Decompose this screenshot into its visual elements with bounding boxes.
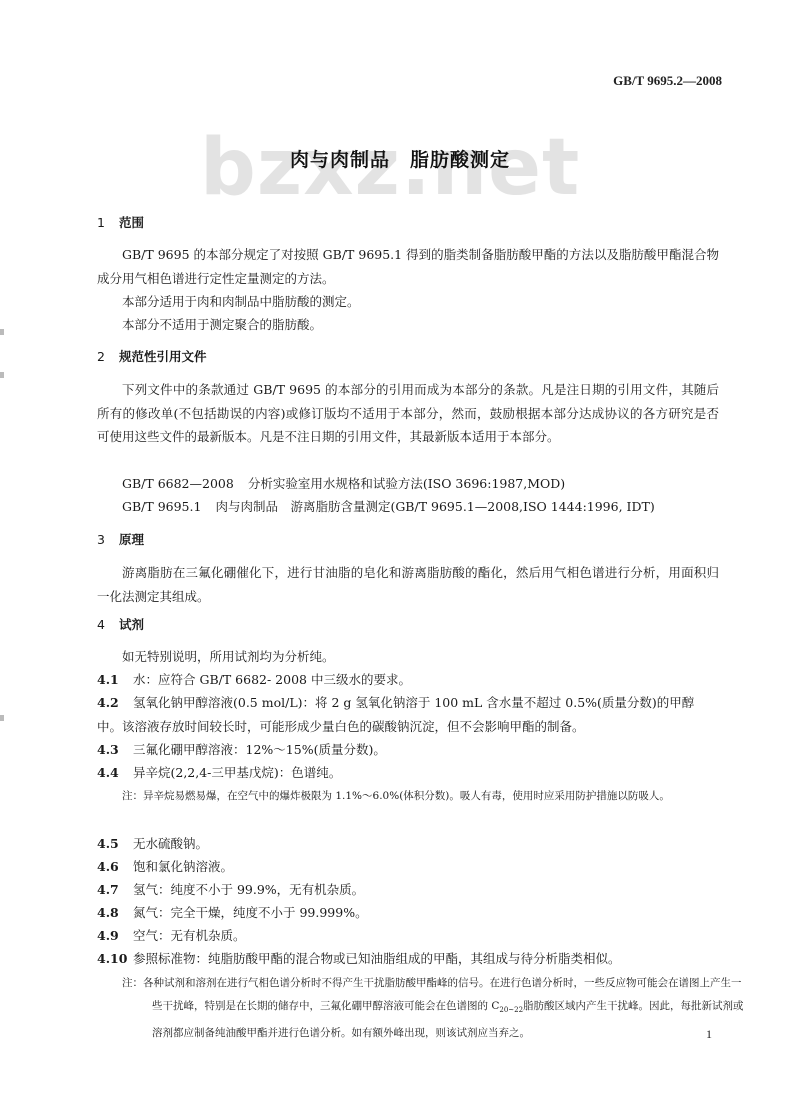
- scope-paragraph: 本部分适用于肉和肉制品中脂肪酸的测定。: [97, 290, 719, 314]
- reagent-item: 4.1水：应符合 GB/T 6682- 2008 中三级水的要求。: [97, 668, 719, 692]
- section-heading-normative-references: 2规范性引用文件: [97, 347, 207, 365]
- title-part-1: 肉与肉制品: [290, 149, 390, 171]
- scope-paragraph: GB/T 9695 的本部分规定了对按照 GB/T 9695.1 得到的脂类制备…: [97, 243, 719, 290]
- note-isooctane: 注：异辛烷易燃易爆，在空气中的爆炸极限为 1.1%～6.0%(体积分数)。吸人有…: [122, 785, 750, 808]
- reference-item: GB/T 6682—2008分析实验室用水规格和试验方法(ISO 3696:19…: [122, 472, 722, 496]
- reagent-item: 4.7氢气：纯度不小于 99.9%，无有机杂质。: [97, 878, 719, 902]
- scan-margin-mark: [0, 329, 4, 335]
- page-title: 肉与肉制品脂肪酸测定: [0, 145, 800, 172]
- scan-margin-mark: [0, 715, 4, 721]
- reagent-item: 4.9空气：无有机杂质。: [97, 924, 719, 948]
- section-heading-reagents: 4试剂: [97, 615, 144, 633]
- reagent-item: 4.3三氟化硼甲醇溶液：12%～15%(质量分数)。: [97, 738, 719, 762]
- principle-paragraph: 游离脂肪在三氟化硼催化下，进行甘油脂的皂化和游离脂肪酸的酯化，然后用气相色谱进行…: [97, 561, 719, 608]
- reagents-intro: 如无特别说明，所用试剂均为分析纯。: [97, 645, 719, 669]
- reagent-item: 4.4异辛烷(2,2,4-三甲基戊烷)：色谱纯。: [97, 761, 719, 785]
- page-number: 1: [706, 1027, 712, 1042]
- reference-item: GB/T 9695.1肉与肉制品 游离脂肪含量测定(GB/T 9695.1—20…: [122, 495, 722, 519]
- title-part-2: 脂肪酸测定: [410, 149, 510, 171]
- reagent-item: 4.8氮气：完全干燥，纯度不小于 99.999%。: [97, 901, 719, 925]
- standard-code: GB/T 9695.2—2008: [613, 73, 722, 89]
- section-heading-scope: 1范围: [97, 213, 144, 231]
- note-reagent-interference: 注：各种试剂和溶剂在进行气相色谱分析时不得产生干扰脂肪酸甲酯峰的信号。在进行色谱…: [122, 972, 750, 1045]
- reagent-item: 4.6饱和氯化钠溶液。: [97, 855, 719, 879]
- section-heading-principle: 3原理: [97, 530, 144, 548]
- reagent-item: 4.5无水硫酸钠。: [97, 832, 719, 856]
- reagent-item: 4.2氢氧化钠甲醇溶液(0.5 mol/L)：将 2 g 氢氧化钠溶于 100 …: [97, 691, 719, 738]
- reagent-item: 4.10参照标准物：纯脂肪酸甲酯的混合物或已知油脂组成的甲酯，其组成与待分析脂类…: [97, 947, 719, 971]
- scope-paragraph: 本部分不适用于测定聚合的脂肪酸。: [97, 313, 719, 337]
- references-paragraph: 下列文件中的条款通过 GB/T 9695 的本部分的引用而成为本部分的条款。凡是…: [97, 378, 719, 449]
- scan-margin-mark: [0, 372, 4, 378]
